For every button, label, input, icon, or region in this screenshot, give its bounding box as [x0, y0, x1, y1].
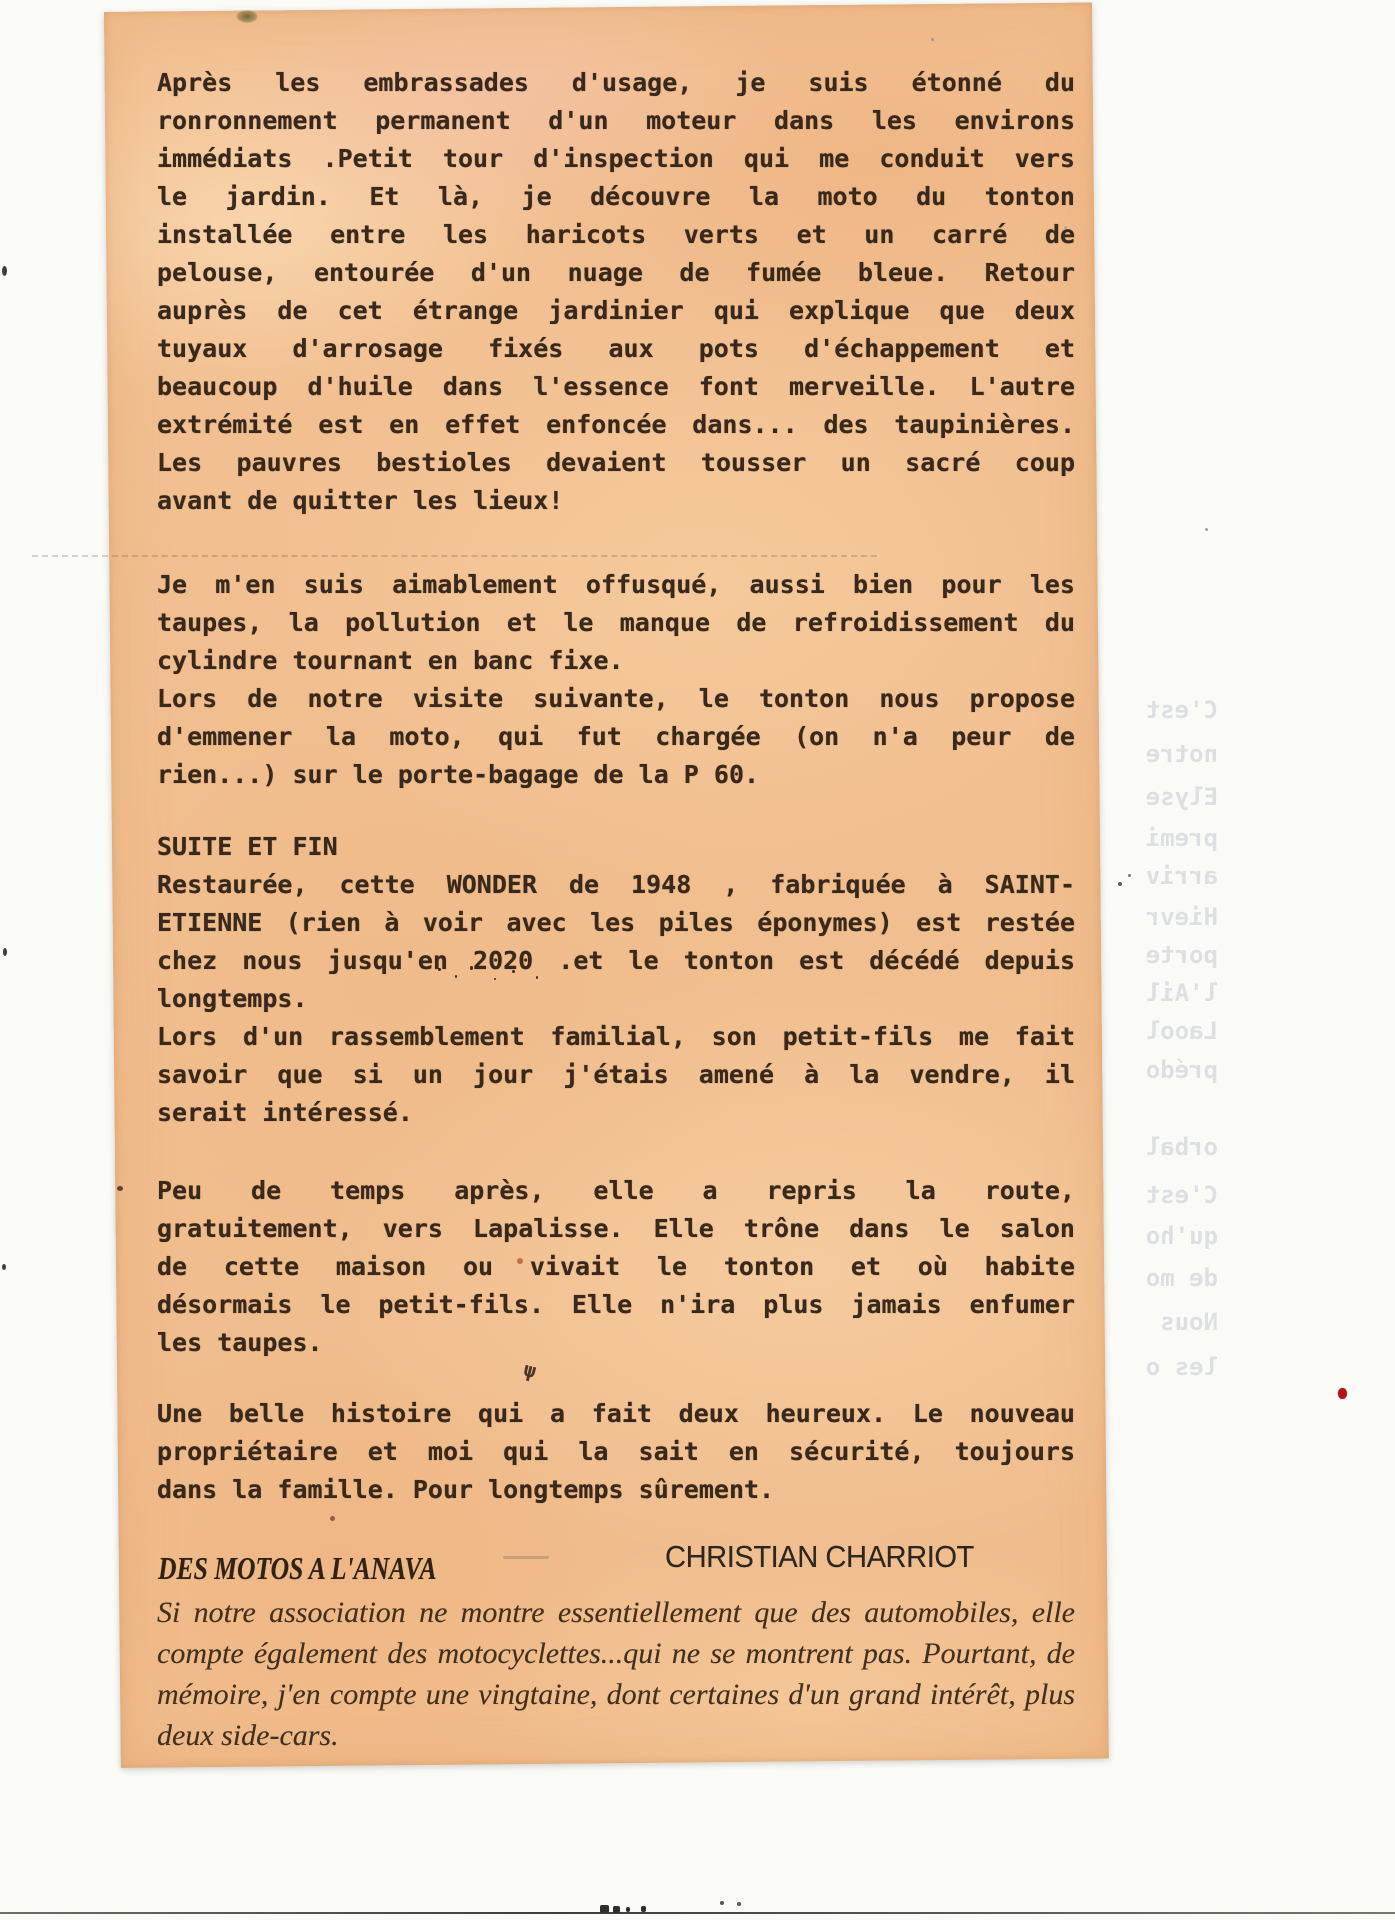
- typewritten-line: deux side-cars.: [157, 1715, 1075, 1756]
- dust-speck: [1064, 226, 1067, 229]
- scan-bottom-edge: [0, 1912, 1395, 1914]
- typewritten-line: dans la famille. Pour longtemps sûrement…: [157, 1471, 1075, 1509]
- smudge-mark: [236, 10, 258, 23]
- typewritten-line: Lors d'un rassemblement familial, son pe…: [157, 1018, 1075, 1056]
- typewritten-line: Si notre association ne montre essentiel…: [157, 1592, 1075, 1633]
- typewritten-line: le jardin. Et là, je découvre la moto du…: [157, 178, 1075, 216]
- dust-speck: [1205, 528, 1208, 531]
- scan-artifact: [641, 1906, 646, 1912]
- typewritten-line: tuyaux d'arrosage fixés aux pots d'échap…: [157, 330, 1075, 368]
- scan-artifact: [720, 1901, 724, 1905]
- paragraph: Je m'en suis aimablement offusqué, aussi…: [157, 566, 1075, 794]
- ghost-text-fragment: Hievr: [1098, 905, 1218, 929]
- pencil-dash: [503, 1556, 549, 1559]
- typewritten-line: pelouse, entourée d'un nuage de fumée bl…: [157, 254, 1075, 292]
- typewritten-line: ronronnement permanent d'un moteur dans …: [157, 102, 1075, 140]
- paragraph: SUITE ET FINRestaurée, cette WONDER de 1…: [157, 828, 1075, 1132]
- typewritten-line: gratuitement, vers Lapalisse. Elle trône…: [157, 1210, 1075, 1248]
- dust-speck: [931, 38, 934, 41]
- ghost-text-fragment: Elyse: [1098, 785, 1218, 809]
- typewritten-line: Une belle histoire qui a fait deux heure…: [157, 1395, 1075, 1433]
- series-heading: DES MOTOS A L'ANAVA: [158, 1552, 437, 1584]
- scan-artifact: [613, 1906, 620, 1913]
- ghost-text-fragment: qu'ho: [1098, 1224, 1218, 1248]
- typewritten-line: ETIENNE (rien à voir avec les piles épon…: [157, 904, 1075, 942]
- letter-content: Après les embrassades d'usage, je suis é…: [157, 64, 1075, 1509]
- typewritten-line: chez nous jusqu'en 2020 .et le tonton es…: [157, 942, 1075, 980]
- scan-edge-speck: [2, 1264, 6, 1270]
- ghost-text-fragment: Laool: [1098, 1019, 1218, 1043]
- ghost-text-fragment: C'est: [1098, 1183, 1218, 1207]
- ghost-text-fragment: premi: [1098, 826, 1218, 850]
- typewritten-line: savoir que si un jour j'étais amené à la…: [157, 1056, 1075, 1094]
- ink-speck: [517, 1258, 523, 1264]
- typewritten-line: d'emmener la moto, qui fut chargée (on n…: [157, 718, 1075, 756]
- typewritten-line: extrémité est en effet enfoncée dans... …: [157, 406, 1075, 444]
- typewritten-line: les taupes.: [157, 1324, 1075, 1362]
- scan-edge-speck: [3, 948, 7, 956]
- scan-artifact: [600, 1905, 609, 1913]
- typewritten-line: beaucoup d'huile dans l'essence font mer…: [157, 368, 1075, 406]
- ghost-text-fragment: notre: [1098, 742, 1218, 766]
- typewritten-line: Après les embrassades d'usage, je suis é…: [157, 64, 1075, 102]
- typewritten-line: Les pauvres bestioles devaient tousser u…: [157, 444, 1075, 482]
- typewritten-line: immédiats .Petit tour d'inspection qui m…: [157, 140, 1075, 178]
- ghost-text-fragment: les o: [1098, 1355, 1218, 1379]
- typewritten-line: serait intéressé.: [157, 1094, 1075, 1132]
- ghost-text-fragment: de mo: [1098, 1266, 1218, 1290]
- typewritten-line: Peu de temps après, elle a repris la rou…: [157, 1172, 1075, 1210]
- typewritten-line: de cette maison ou vivait le tonton et o…: [157, 1248, 1075, 1286]
- author-name: CHRISTIAN CHARRIOT: [665, 1541, 974, 1572]
- typewritten-line: SUITE ET FIN: [157, 828, 1075, 866]
- typewritten-line: cylindre tournant en banc fixe.: [157, 642, 1075, 680]
- typewritten-line: Lors de notre visite suivante, le tonton…: [157, 680, 1075, 718]
- typewritten-line: compte également des motocyclettes...qui…: [157, 1633, 1075, 1674]
- ghost-text-fragment: porte: [1098, 943, 1218, 967]
- typewritten-line: Je m'en suis aimablement offusqué, aussi…: [157, 566, 1075, 604]
- typewritten-line: taupes, la pollution et le manque de ref…: [157, 604, 1075, 642]
- typewritten-line: installée entre les haricots verts et un…: [157, 216, 1075, 254]
- ghost-text-fragment: Nous: [1098, 1310, 1218, 1334]
- ghost-text-fragment: prédo: [1098, 1058, 1218, 1082]
- typewritten-line: propriétaire et moi qui la sait en sécur…: [157, 1433, 1075, 1471]
- paragraph: Peu de temps après, elle a repris la rou…: [157, 1172, 1075, 1362]
- typewritten-line: auprès de cet étrange jardinier qui expl…: [157, 292, 1075, 330]
- letter-body: Après les embrassades d'usage, je suis é…: [157, 64, 1075, 1509]
- editor-note: Si notre association ne montre essentiel…: [157, 1592, 1075, 1756]
- ghost-text-fragment: C'est: [1098, 698, 1218, 722]
- typewritten-line: désormais le petit-fils. Elle n'ira plus…: [157, 1286, 1075, 1324]
- red-ink-dot: [1338, 1388, 1347, 1399]
- typewritten-line: mémoire, j'en compte une vingtaine, dont…: [157, 1674, 1075, 1715]
- ink-speck: [330, 1516, 335, 1521]
- typewritten-line: rien...) sur le porte-bagage de la P 60.: [157, 756, 1075, 794]
- ink-speck: [117, 1186, 123, 1191]
- typewritten-line: longtemps.: [157, 980, 1075, 1018]
- typewritten-line: Restaurée, cette WONDER de 1948 , fabriq…: [157, 866, 1075, 904]
- scan-artifact: [737, 1902, 741, 1906]
- paragraph: Une belle histoire qui a fait deux heure…: [157, 1395, 1075, 1509]
- scan-artifact: [626, 1907, 630, 1912]
- scan-edge-speck: [2, 266, 7, 276]
- typewritten-line: avant de quitter les lieux!: [157, 482, 1075, 520]
- ghost-text-fragment: arriv: [1098, 864, 1218, 888]
- ghost-text-fragment: l'Ail: [1098, 981, 1218, 1005]
- paragraph: Après les embrassades d'usage, je suis é…: [157, 64, 1075, 520]
- ghost-text-fragment: orbal: [1098, 1135, 1218, 1159]
